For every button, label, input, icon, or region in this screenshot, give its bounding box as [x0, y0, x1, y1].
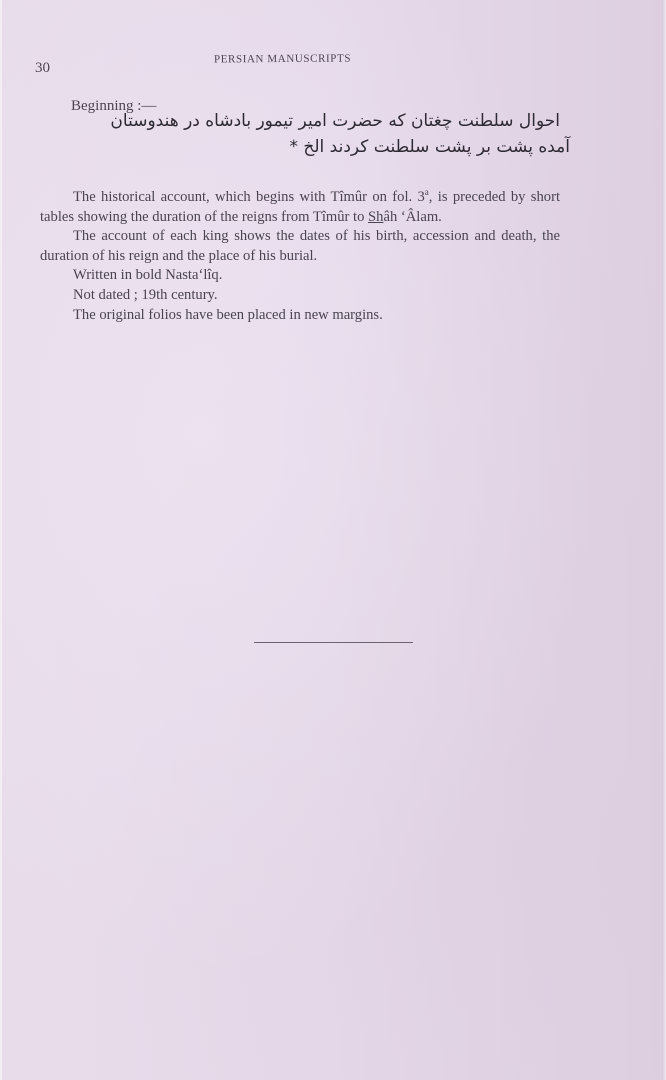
- description-paragraph: Not dated ; 19th century.: [40, 286, 560, 306]
- folio-superscript: a: [425, 187, 429, 197]
- description-paragraph: The original folios have been placed in …: [40, 306, 560, 326]
- manuscript-page: 30 PERSIAN MANUSCRIPTS Beginning :— احوا…: [0, 0, 666, 1080]
- description-body: The historical account, which begins wit…: [40, 188, 560, 325]
- running-head: PERSIAN MANUSCRIPTS: [214, 53, 351, 66]
- end-rule-divider: [254, 642, 413, 643]
- description-paragraph: Written in bold Nasta‘lîq.: [40, 266, 560, 286]
- page-number: 30: [35, 60, 50, 77]
- description-paragraph: The account of each king shows the dates…: [40, 227, 560, 266]
- description-paragraph: The historical account, which begins wit…: [40, 188, 560, 227]
- persian-incipit-line-2: آمده پشت بر پشت سلطنت کردند الخ *: [290, 137, 571, 157]
- persian-incipit-line-1: احوال سلطنت چغتان که حضرت امیر تیمور باد…: [110, 111, 560, 131]
- page-edge-right: [662, 0, 666, 1080]
- page-edge-left: [0, 0, 2, 1080]
- transliteration-underline: Sh: [368, 209, 383, 225]
